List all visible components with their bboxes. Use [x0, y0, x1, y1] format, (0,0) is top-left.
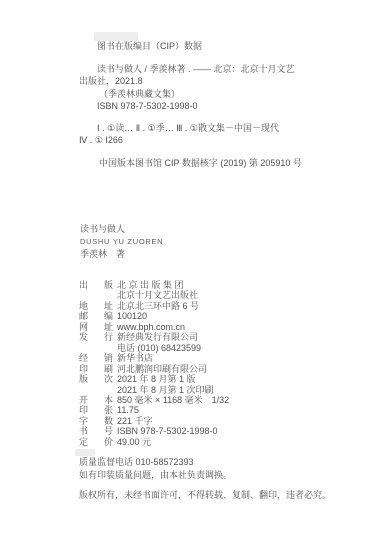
- colophon-row: 开本850 毫米 × 1168 毫米 1/32: [79, 395, 341, 405]
- book-copyright-page: 图书在版编目（CIP）数据 读书与做人 / 季羡林著 . —— 北京：北京十月文…: [0, 0, 375, 544]
- colophon-row: 版次2021 年 8 月第 1 版2021 年 8 月第 1 次印刷: [79, 374, 341, 395]
- cip-series: （季羡林典藏文集）: [79, 88, 341, 101]
- cip-entry-line2: 出版社，2021.8: [79, 75, 341, 88]
- colophon-value: 49.00 元: [117, 437, 151, 447]
- colophon-value: 2021 年 8 月第 1 版2021 年 8 月第 1 次印刷: [117, 374, 214, 395]
- colophon-label: 出版: [79, 280, 113, 290]
- colophon-value: 11.75: [117, 405, 139, 415]
- colophon-value: 新经典发行有限公司电话 (010) 68423599: [117, 332, 201, 353]
- colophon-label: 印刷: [79, 364, 113, 374]
- colophon-row: 网址www.bph.com.cn: [79, 322, 341, 332]
- notices-block: 质量监督电话 010-58572393 如有印装质量问题，由本社负责调换。 版权…: [79, 456, 359, 502]
- quality-phone: 质量监督电话 010-58572393: [79, 456, 359, 469]
- colophon-row: 书号ISBN 978-7-5302-1998-0: [79, 426, 341, 436]
- colophon-value: 新华书店: [117, 353, 153, 363]
- colophon-row: 邮编100120: [79, 311, 341, 321]
- book-title-pinyin: DUSHU YU ZUOREN: [80, 236, 163, 249]
- copyright-notice: 版权所有，未经书面许可，不得转载、复制、翻印，违者必究。: [79, 489, 359, 502]
- book-title: 读书与做人: [80, 223, 163, 236]
- colophon-row: 经销新华书店: [79, 353, 341, 363]
- colophon-row: 印刷河北鹏润印刷有限公司: [79, 364, 341, 374]
- colophon-table: 出版北 京 出 版 集 团北京十月文艺出版社地址北京北三环中路 6 号邮编100…: [79, 280, 341, 447]
- colophon-label: 定价: [79, 437, 113, 447]
- colophon-value: 850 毫米 × 1168 毫米 1/32: [117, 395, 229, 405]
- colophon-value: ISBN 978-7-5302-1998-0: [117, 426, 218, 436]
- colophon-label: 字数: [79, 416, 113, 426]
- colophon-value: 北京北三环中路 6 号: [117, 301, 199, 311]
- colophon-value: 北 京 出 版 集 团北京十月文艺出版社: [117, 280, 198, 301]
- cip-classification-line1: Ⅰ . ①读… Ⅱ . ①季… Ⅲ . ①散文集－中国－现代: [79, 122, 341, 135]
- scan-smudge-bottom: [75, 449, 95, 456]
- cip-classification-line2: Ⅳ . ① I266: [79, 134, 341, 147]
- cip-block: 图书在版编目（CIP）数据 读书与做人 / 季羡林著 . —— 北京：北京十月文…: [79, 40, 341, 169]
- colophon-label: 书号: [79, 426, 113, 436]
- quality-note: 如有印装质量问题，由本社负责调换。: [79, 469, 359, 482]
- book-author: 季羡林 著: [80, 248, 163, 261]
- colophon-value: 100120: [117, 311, 147, 321]
- colophon-row: 印张11.75: [79, 405, 341, 415]
- colophon-row: 地址北京北三环中路 6 号: [79, 301, 341, 311]
- colophon-value: 221 千字: [117, 416, 153, 426]
- colophon-row: 出版北 京 出 版 集 团北京十月文艺出版社: [79, 280, 341, 301]
- title-block: 读书与做人 DUSHU YU ZUOREN 季羡林 著: [80, 223, 163, 261]
- colophon-row: 发行新经典发行有限公司电话 (010) 68423599: [79, 332, 341, 353]
- colophon-value: www.bph.com.cn: [117, 322, 185, 332]
- colophon-row: 定价49.00 元: [79, 437, 341, 447]
- cip-entry-line1: 读书与做人 / 季羡林著 . —— 北京：北京十月文艺: [79, 63, 341, 76]
- colophon-label: 开本: [79, 395, 113, 405]
- colophon-label: 地址: [79, 301, 113, 311]
- colophon-label: 印张: [79, 405, 113, 415]
- cip-registration: 中国版本图书馆 CIP 数据核字 (2019) 第 205910 号: [79, 157, 341, 170]
- colophon-label: 经销: [79, 353, 113, 363]
- cip-isbn: ISBN 978-7-5302-1998-0: [79, 100, 341, 113]
- colophon-label: 网址: [79, 322, 113, 332]
- colophon-label: 版次: [79, 374, 113, 384]
- colophon-row: 字数221 千字: [79, 416, 341, 426]
- colophon-value: 河北鹏润印刷有限公司: [117, 364, 207, 374]
- cip-heading: 图书在版编目（CIP）数据: [79, 40, 341, 53]
- colophon-label: 邮编: [79, 311, 113, 321]
- colophon-label: 发行: [79, 332, 113, 342]
